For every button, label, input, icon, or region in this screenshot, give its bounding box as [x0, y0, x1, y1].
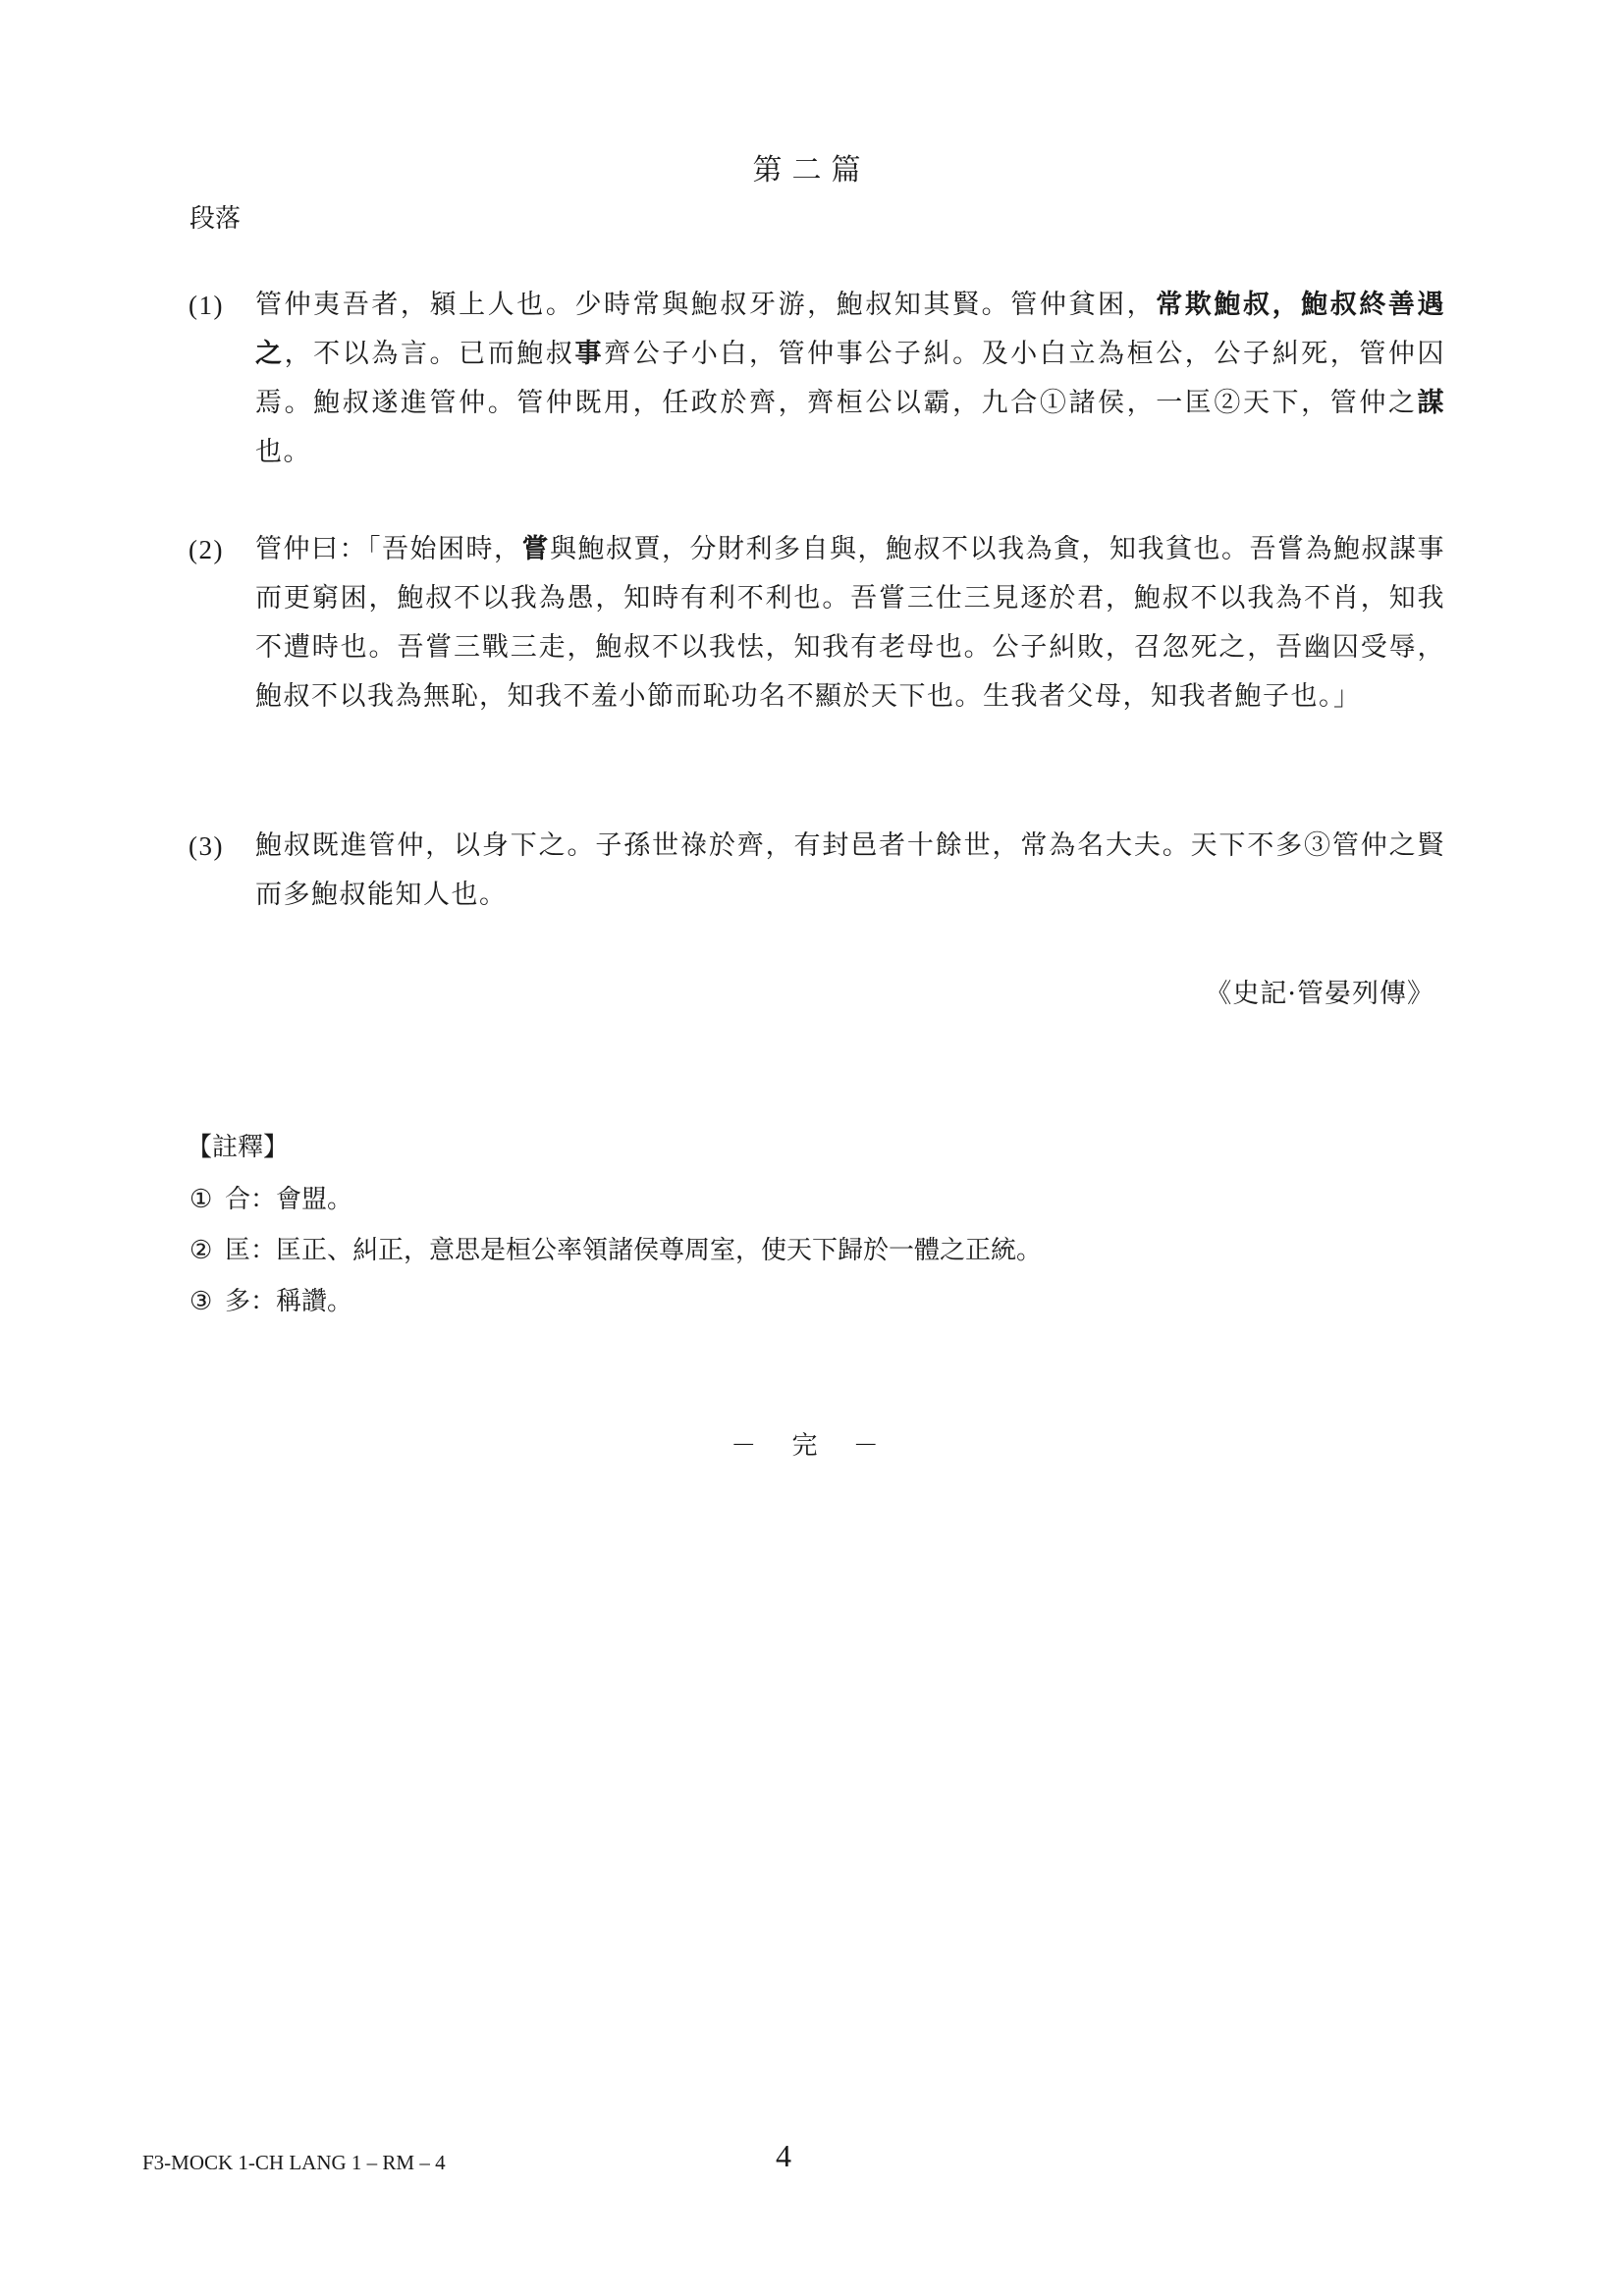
page-number: 4 — [776, 2138, 791, 2174]
note-item: ③多：稱讚。 — [189, 1276, 1042, 1327]
paragraph-number: (2) — [189, 525, 224, 574]
bold-segment: 事 — [574, 339, 604, 369]
end-mark: － 完 － — [0, 1425, 1623, 1462]
section-label: 段落 — [189, 198, 241, 235]
text-segment: 也。 — [255, 437, 311, 467]
page-title: 第二篇 — [0, 145, 1623, 188]
notes-title: 【註釋】 — [187, 1127, 289, 1163]
note-text: 合：會盟。 — [225, 1185, 352, 1214]
paragraph-2: (2) 管仲曰：「吾始困時，嘗與鮑叔賈，分財利多自與，鮑叔不以我為貪，知我貧也。… — [189, 525, 1465, 721]
paragraph-number: (3) — [189, 822, 224, 871]
footer-code: F3-MOCK 1-CH LANG 1 – RM – 4 — [142, 2151, 446, 2175]
paragraph-3: (3) 鮑叔既進管仲，以身下之。子孫世祿於齊，有封邑者十餘世，常為名大夫。天下不… — [189, 822, 1465, 920]
text-segment: 管仲曰：「吾始困時， — [255, 534, 522, 564]
note-marker: ② — [189, 1225, 225, 1276]
text-segment: ，不以為言。已而鮑叔 — [285, 339, 575, 369]
paragraph-body: 管仲曰：「吾始困時，嘗與鮑叔賈，分財利多自與，鮑叔不以我為貪，知我貧也。吾嘗為鮑… — [255, 525, 1445, 721]
note-item: ②匡：匡正、糾正，意思是桓公率領諸侯尊周室，使天下歸於一體之正統。 — [189, 1225, 1042, 1276]
note-text: 匡：匡正、糾正，意思是桓公率領諸侯尊周室，使天下歸於一體之正統。 — [225, 1236, 1042, 1265]
paragraph-number: (1) — [189, 281, 224, 330]
text-segment: 鮑叔既進管仲，以身下之。子孫世祿於齊，有封邑者十餘世，常為名大夫。天下不多③管仲… — [255, 830, 1445, 910]
paragraph-body: 管仲夷吾者，潁上人也。少時常與鮑叔牙游，鮑叔知其賢。管仲貧困，常欺鮑叔，鮑叔終善… — [255, 281, 1445, 477]
note-item: ①合：會盟。 — [189, 1174, 1042, 1225]
source-citation: 《史記·管晏列傳》 — [1205, 972, 1434, 1010]
paragraph-1: (1) 管仲夷吾者，潁上人也。少時常與鮑叔牙游，鮑叔知其賢。管仲貧困，常欺鮑叔，… — [189, 281, 1465, 477]
paragraph-body: 鮑叔既進管仲，以身下之。子孫世祿於齊，有封邑者十餘世，常為名大夫。天下不多③管仲… — [255, 822, 1445, 920]
note-marker: ③ — [189, 1276, 225, 1327]
bold-segment: 嘗 — [522, 534, 551, 564]
note-marker: ① — [189, 1174, 225, 1225]
notes-list: ①合：會盟。 ②匡：匡正、糾正，意思是桓公率領諸侯尊周室，使天下歸於一體之正統。… — [189, 1174, 1042, 1327]
bold-segment: 謀 — [1418, 388, 1446, 418]
text-segment: 管仲夷吾者，潁上人也。少時常與鮑叔牙游，鮑叔知其賢。管仲貧困， — [255, 290, 1156, 320]
note-text: 多：稱讚。 — [225, 1287, 352, 1316]
